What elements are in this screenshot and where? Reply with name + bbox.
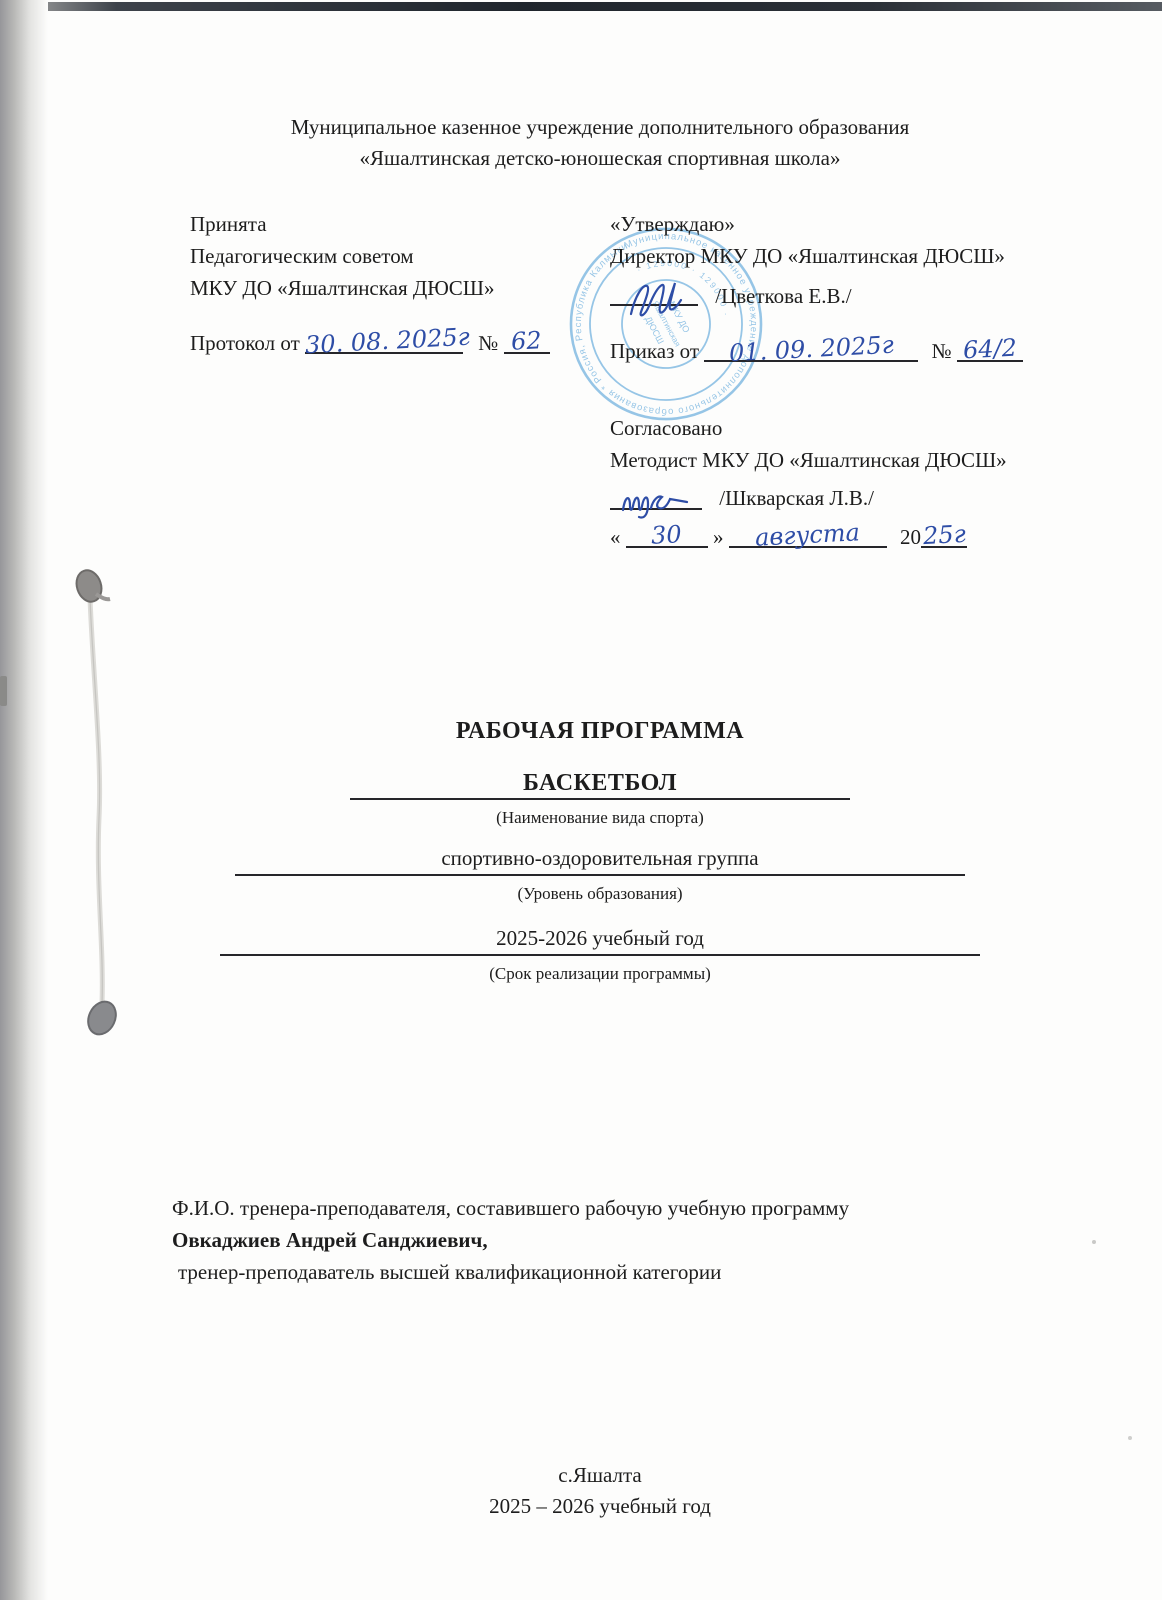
scan-left-edge-shadow [0, 0, 48, 1600]
level-line: спортивно-оздоровительная группа [235, 846, 965, 876]
scan-top-edge-shadow [0, 2, 1162, 11]
order-number-line: 64/2 [957, 334, 1023, 362]
quote-open: « [610, 525, 621, 549]
order-label: Приказ от [610, 339, 699, 363]
footer-block: с.Яшалта 2025 – 2026 учебный год [120, 1460, 1080, 1522]
approve-label: «Утверждаю» [610, 208, 1130, 240]
accepted-council: Педагогическим советом [190, 240, 610, 272]
term-caption: (Срок реализации программы) [120, 964, 1080, 984]
agreed-day-handwritten: 30 [651, 518, 683, 552]
scanned-document-page: Муниципальное казенное учреждение дополн… [0, 0, 1162, 1600]
protocol-row: Протокол от 30. 08. 2025г № 62 [190, 326, 610, 359]
order-date-handwritten: 01. 09. 2025г [728, 329, 894, 370]
numero-sign: № [478, 331, 498, 355]
approve-director: Директор МКУ ДО «Яшалтинская ДЮСШ» [610, 240, 1130, 272]
quote-close: » [713, 525, 724, 549]
org-name-line1: Муниципальное казенное учреждение дополн… [120, 112, 1080, 143]
director-signature-row: /Цветкова Е.В./ [610, 278, 1130, 312]
agreed-block: Согласовано Методист МКУ ДО «Яшалтинская… [610, 412, 1130, 553]
thread-string [90, 598, 102, 1004]
thread-knot-top [73, 567, 106, 605]
accepted-label: Принята [190, 208, 610, 240]
sport-name-row: БАСКЕТБОЛ [120, 770, 1080, 800]
level-name: спортивно-оздоровительная группа [441, 846, 758, 870]
accepted-org: МКУ ДО «Яшалтинская ДЮСШ» [190, 272, 610, 304]
agreed-year-handwritten: 25г [922, 518, 966, 552]
order-date-line: 01. 09. 2025г [704, 334, 918, 362]
term-row: 2025-2026 учебный год [120, 926, 1080, 956]
agreed-day-line: 30 [626, 520, 708, 548]
author-block: Ф.И.О. тренера-преподавателя, составивше… [172, 1192, 1072, 1288]
protocol-date-line: 30. 08. 2025г [305, 326, 463, 354]
author-caption: Ф.И.О. тренера-преподавателя, составивше… [172, 1192, 1072, 1224]
footer-location: с.Яшалта [120, 1460, 1080, 1491]
protocol-label: Протокол от [190, 331, 300, 355]
director-name: /Цветкова Е.В./ [715, 284, 851, 308]
agreed-methodist: Методист МКУ ДО «Яшалтинская ДЮСШ» [610, 444, 1130, 476]
org-header: Муниципальное казенное учреждение дополн… [120, 112, 1080, 174]
scan-speck [0, 676, 7, 706]
agreed-date-row: « 30 » августа 2025г [610, 520, 1130, 553]
sport-name-line: БАСКЕТБОЛ [350, 770, 850, 800]
program-title: РАБОЧАЯ ПРОГРАММА [120, 718, 1080, 745]
director-signature-scribble [621, 278, 687, 318]
protocol-number-handwritten: 62 [510, 324, 542, 358]
agreed-month-line: августа [729, 520, 887, 548]
sport-caption: (Наименование вида спорта) [120, 808, 1080, 828]
author-name: Овкаджиев Андрей Санджиевич, [172, 1224, 1072, 1256]
methodist-signature-row: /Шкварская Л.В./ [610, 482, 1130, 514]
protocol-number-line: 62 [504, 326, 550, 354]
agreed-month-handwritten: августа [755, 516, 861, 553]
methodist-signature-line [610, 482, 702, 510]
term-name: 2025-2026 учебный год [496, 926, 704, 950]
protocol-date-handwritten: 30. 08. 2025г [304, 321, 470, 362]
agreed-label: Согласовано [610, 412, 1130, 444]
numero-sign: № [932, 339, 952, 363]
org-name-line2: «Яшалтинская детско-юношеская спортивная… [120, 143, 1080, 174]
director-signature-line [610, 278, 698, 306]
sport-name: БАСКЕТБОЛ [523, 770, 677, 796]
thread-knot-bottom [83, 997, 121, 1039]
scan-speck [1092, 1240, 1096, 1244]
level-caption: (Уровень образования) [120, 884, 1080, 904]
author-category: тренер-преподаватель высшей квалификацио… [172, 1256, 1072, 1288]
approved-block: «Утверждаю» Директор МКУ ДО «Яшалтинская… [610, 208, 1130, 367]
accepted-block: Принята Педагогическим советом МКУ ДО «Я… [190, 208, 610, 359]
agreed-year-line: 25г [921, 520, 967, 548]
methodist-name: /Шкварская Л.В./ [719, 486, 874, 510]
scan-speck [1128, 1436, 1132, 1440]
order-row: Приказ от 01. 09. 2025г № 64/2 [610, 334, 1130, 367]
methodist-signature-scribble [617, 482, 695, 520]
agreed-year-prefix: 20 [900, 525, 921, 549]
footer-year: 2025 – 2026 учебный год [120, 1491, 1080, 1522]
order-number-handwritten: 64/2 [962, 332, 1018, 367]
term-line: 2025-2026 учебный год [220, 926, 980, 956]
level-row: спортивно-оздоровительная группа [120, 846, 1080, 876]
